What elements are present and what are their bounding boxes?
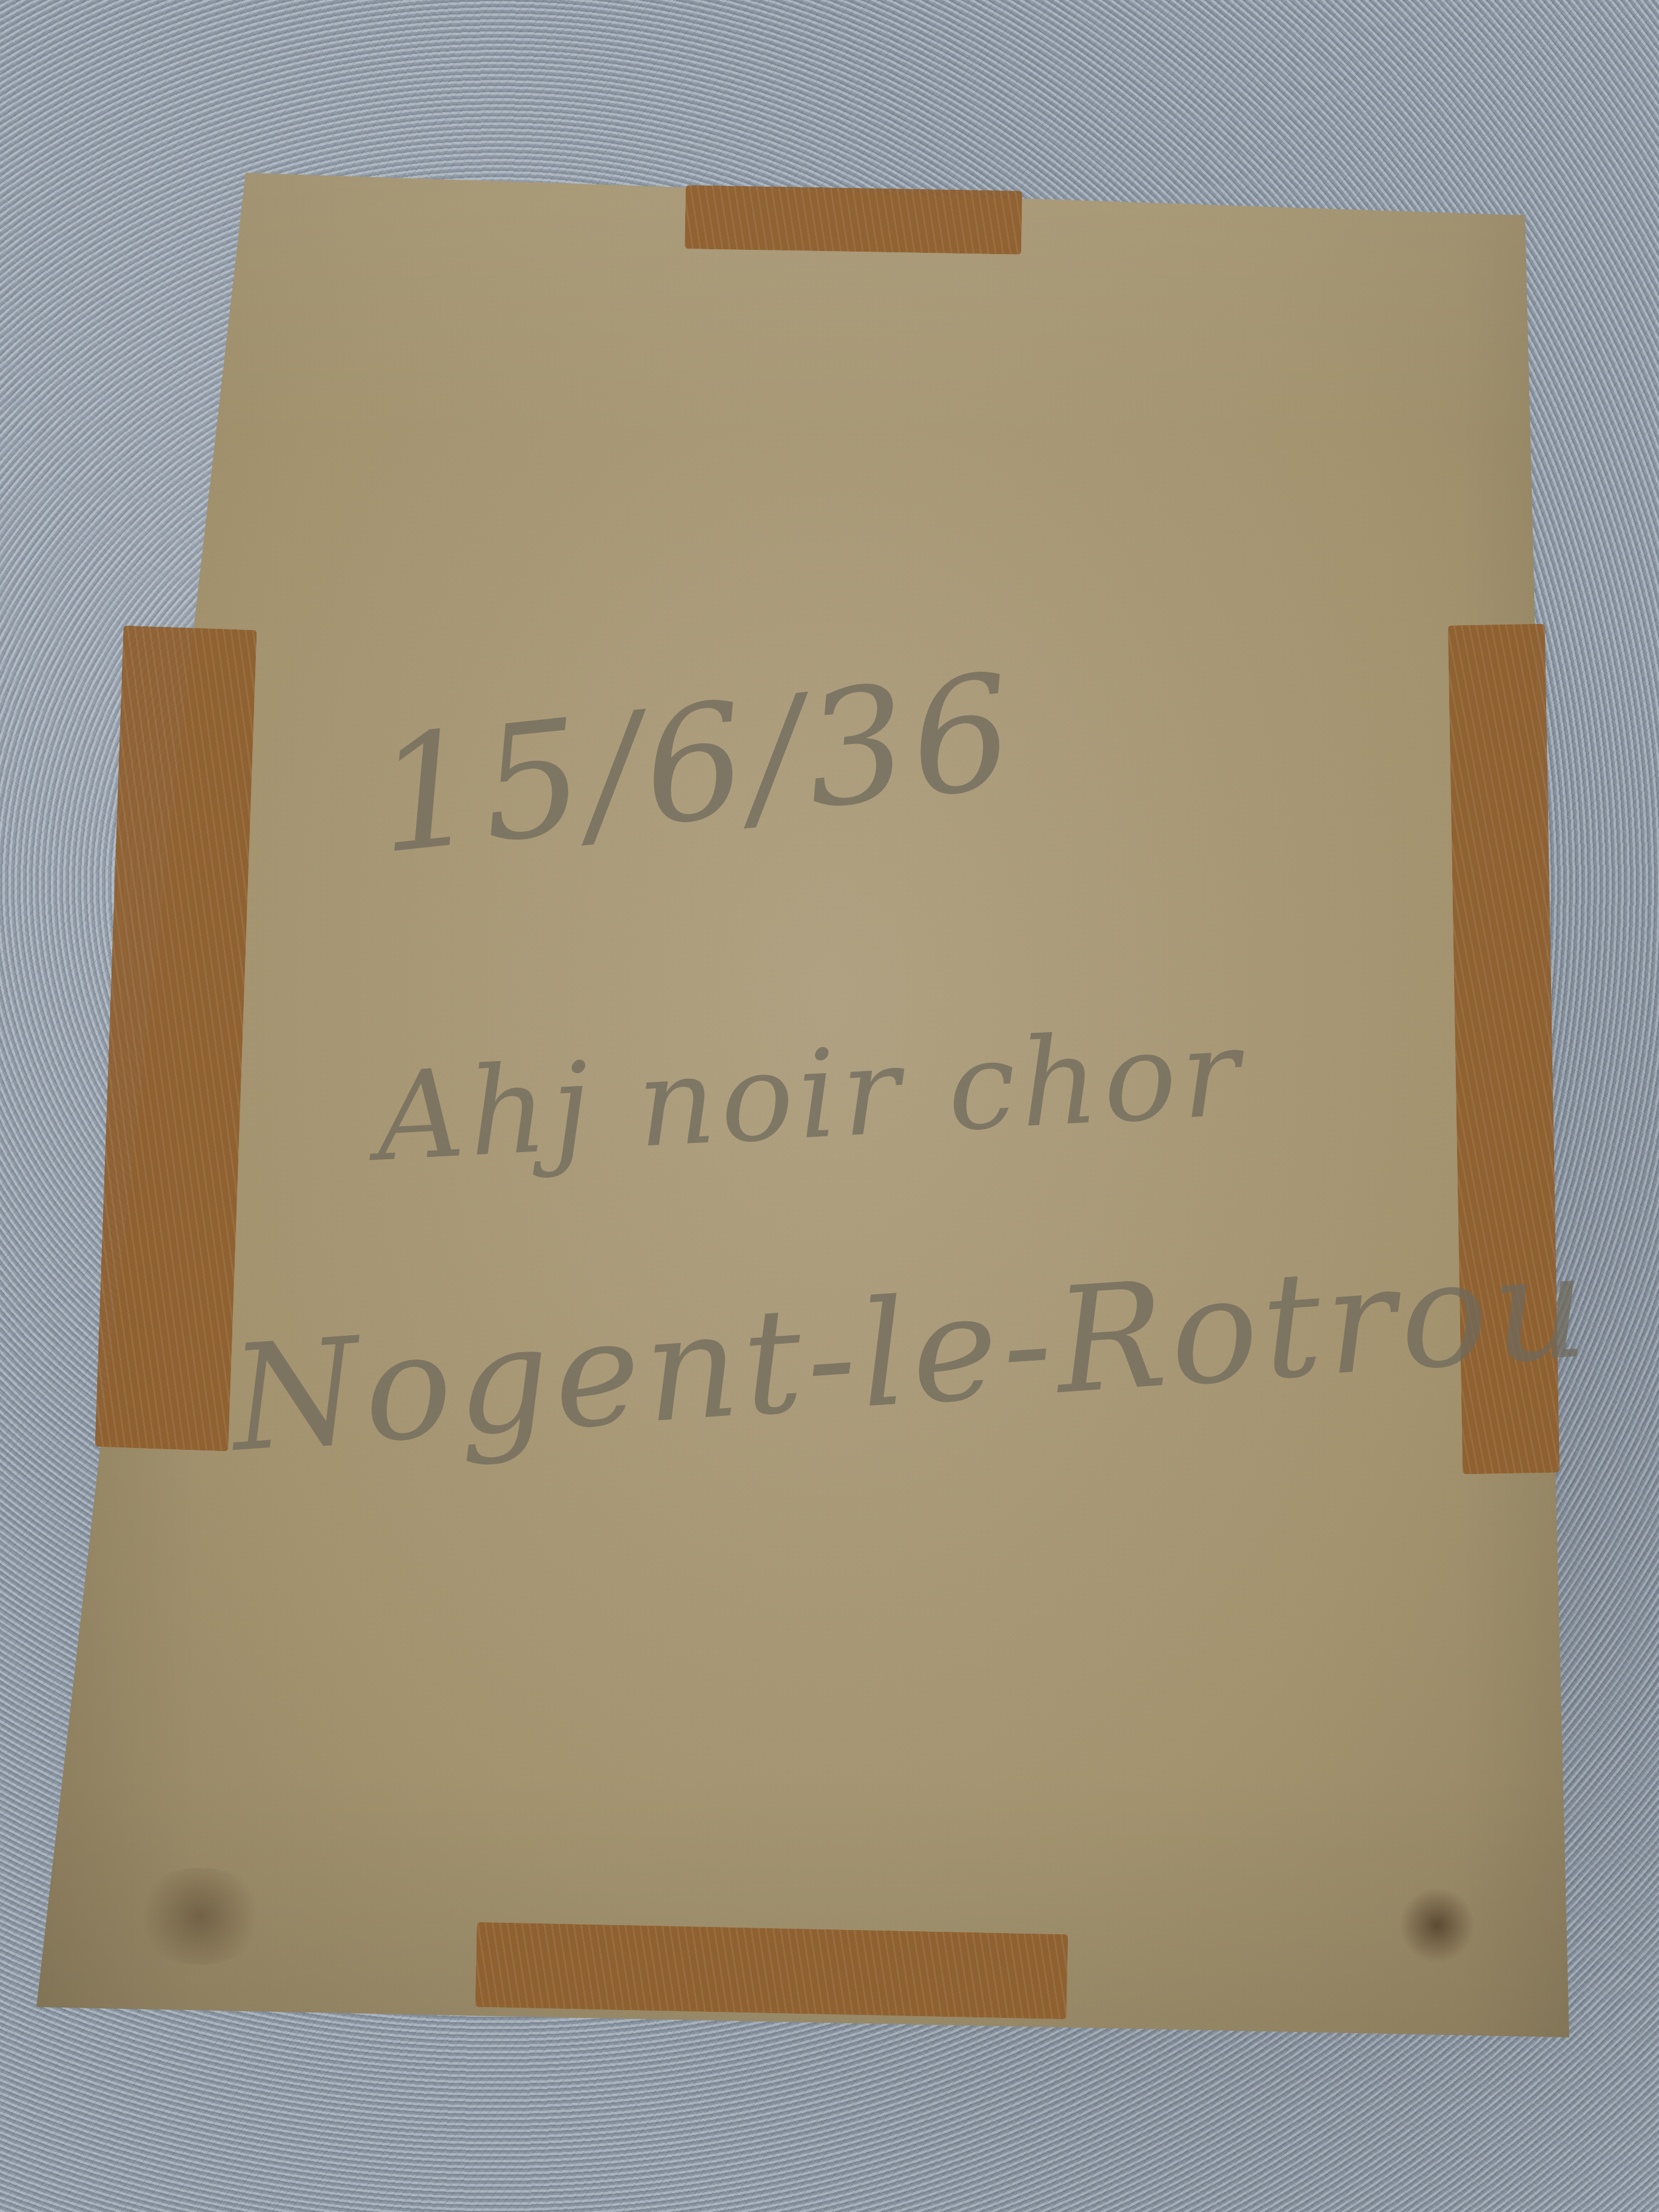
tape-bottom [475,1922,1068,2019]
stain-bottom-left [133,1868,267,1965]
stain-bottom-right [1401,1886,1473,1965]
tape-top [685,185,1022,255]
